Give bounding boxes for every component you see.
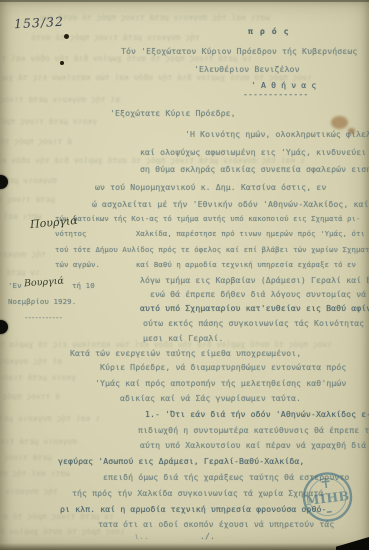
typed-line: 'Εξοχώτατε Κύριε Πρόεδρε,	[110, 108, 236, 118]
typed-line: μεσι καί Γεραλί.	[143, 333, 223, 343]
typed-line: ./.	[200, 531, 215, 541]
typed-line: ση θύμα σκληράς αδικίας συνεπεία σφαλερώ…	[140, 164, 369, 174]
typed-line: ούτω εκτός πάσης συγκοινωνίας τάς Κοινότ…	[143, 318, 369, 328]
typed-line: Κύριε Πρόεδρε, νά διαμαρτυρηθώμεν εντονώ…	[100, 362, 346, 372]
typed-line: Κατά τών ενεργειών ταύτης είμεθα υποχρεω…	[70, 348, 301, 358]
archive-stamp: ΜΙΗΒ	[298, 467, 357, 527]
bleedthrough-line: ωστι καί τής συγκοιν μετά τινος πρός τό …	[40, 13, 270, 22]
scan-edge-top	[0, 0, 369, 2]
typed-line: ων τού Νομομηχανικού κ. Δημ. Κατσίνα όστ…	[95, 182, 326, 192]
bleedthrough-line: τής συγκοιν μετά τινος πρός τό αυτό χωρί…	[0, 487, 58, 496]
bleedthrough-line: αί τής συγκοιν μετά τινος πρός τό αυτό χ…	[0, 357, 62, 366]
typed-line: τής πρός τήν Χαλκίδα συγκοινωνίας τά χωρ…	[72, 488, 329, 498]
bleedthrough-line: τής συγκοιν μετά τινος πρός τό αυτό χωρί…	[0, 250, 46, 259]
typed-line: πιδιωχθή η συντομωτέρα κατεύθυνσις θά έπ…	[138, 425, 369, 435]
paper-stain	[348, 128, 355, 134]
bleedthrough-line: γκοιν μετά τινος πρός τό αυτό χωρίον διά…	[2, 373, 76, 382]
typed-line: γεφύρας 'Ασωπού εις Δράμεσι, Γεραλί-Βαθύ…	[58, 456, 304, 466]
typed-line: τού τότε Δήμου Αυλίδος πρός τε όφελος κα…	[55, 245, 369, 255]
bleedthrough-line: μετά τινος πρός τό αυτό χωρίον διά τήν ο…	[0, 195, 55, 204]
typed-line: ώ ασχολείται μέ τήν 'Εθνικήν οδόν 'Αθηνώ…	[92, 199, 369, 209]
bleedthrough-line: αί τής συγκοιν μετά τινος πρός τό αυτό χ…	[0, 95, 120, 104]
typed-line: 'Υμάς καί πρός αποτροπήν τής μελετηθείση…	[95, 378, 346, 388]
typed-line: 'Ελευθέριον Βενιζέλον	[194, 64, 300, 74]
ink-spot	[64, 34, 69, 39]
scan-edge-bottom	[0, 543, 369, 550]
typed-line: ενώ θά έπρεπε δήθεν διά λόγους συντομίας…	[150, 289, 369, 299]
typed-line: αύτη υπό Χαλκουτσίου καί πέραν νά χαραχθ…	[140, 440, 369, 450]
bleedthrough-line: γκοιν μετά τινος πρός τό αυτό χωρίον διά…	[2, 117, 97, 126]
bleedthrough-line: συγκοιν μετά τινος πρός τό αυτό χωρίον δ…	[0, 176, 62, 185]
bleedthrough-line: ά τινος πρός τό αυτό χωρίον διά τήν οδόν…	[0, 137, 72, 146]
typed-line: νότητος Χαλκίδα, παρέστησε πρό τινων ημε…	[55, 229, 365, 239]
typed-line: ι..	[134, 531, 149, 541]
typed-line: 'Η Κοινότης ημών, ολοκληρωτικώς φιλελευθ…	[185, 129, 369, 139]
scanned-letter-page: ωστι καί τής συγκοιν μετά τινος πρός τό …	[0, 0, 369, 550]
bleedthrough-line: ωστι καί τής συγκοιν μετά τινος πρός τό …	[0, 469, 70, 478]
bleedthrough-line: τής συγκοιν μετά τινος πρός τό αυτό χωρί…	[30, 33, 200, 42]
margin-note-pre: 'Εν	[8, 281, 22, 291]
bleedthrough-line: ι καί τής συγκοιν μετά τινος πρός τό αυτ…	[0, 414, 100, 423]
bleedthrough-line: ά τινος πρός τό αυτό χωρίον διά τήν οδόν…	[0, 392, 60, 401]
bleedthrough-line: ιν μετά τινος πρός τό αυτό χωρίον διά τή…	[0, 268, 40, 277]
stamp-letters: ΜΙΗΒ	[305, 488, 351, 508]
ink-spot	[60, 61, 64, 65]
typed-line: Τόν 'Εξοχώτατον Κύριον Πρόεδρον τής Κυβε…	[121, 46, 357, 56]
typed-line: καί ολοψύχως αφωσιωμένη εις 'Υμάς, κινδυ…	[140, 147, 369, 157]
margin-note-day: τή 10	[72, 281, 95, 291]
bleedthrough-line: συγκοιν μετά τινος πρός τό αυτό χωρίον δ…	[0, 437, 82, 446]
typed-line: τών αγρών. καί Βαθύ η αρμοδία τεχνική υπ…	[55, 260, 356, 270]
margin-note-place-handwritten: Βουργιά	[24, 276, 65, 290]
punch-hole-bottom	[0, 320, 8, 334]
typed-line: λόγω τμήμα εις Καρβαίαν (Δράμεσι) Γεραλί…	[140, 275, 369, 285]
typed-line: 1.- 'Ότι εάν διά τήν οδόν 'Αθηνών-Χαλκίδ…	[145, 409, 369, 419]
paper-stain	[331, 116, 348, 129]
margin-note-dashes: -----------	[24, 313, 62, 323]
typed-line: -------------	[243, 89, 308, 99]
typed-line: ρι κλπ. καί η αρμοδία τεχνική υπηρεσία φ…	[60, 504, 327, 514]
typed-line: αυτό υπό Σχηματαρίου κατ'ευθείαν εις Βαθ…	[140, 303, 369, 313]
typed-line: τατα ότι αι οδοί σκοπόν έχουσι νά υπηρετ…	[98, 519, 334, 529]
punch-hole-top	[0, 175, 8, 189]
bleedthrough-line: μετά τινος πρός τό αυτό χωρίον διά τήν ο…	[0, 453, 52, 462]
typed-line: τών κατοίκων τής Κοι-ας τό τμήμα αυτής υ…	[55, 214, 361, 224]
archive-reference-number: 153/32	[14, 14, 65, 32]
margin-note-month-year: Νοεμβρίου 1929.	[8, 297, 76, 307]
typed-line: π ρ ό ς	[248, 26, 290, 36]
typed-line: αδικίας καί νά Σάς γνωρίσωμεν ταύτα.	[120, 393, 301, 403]
